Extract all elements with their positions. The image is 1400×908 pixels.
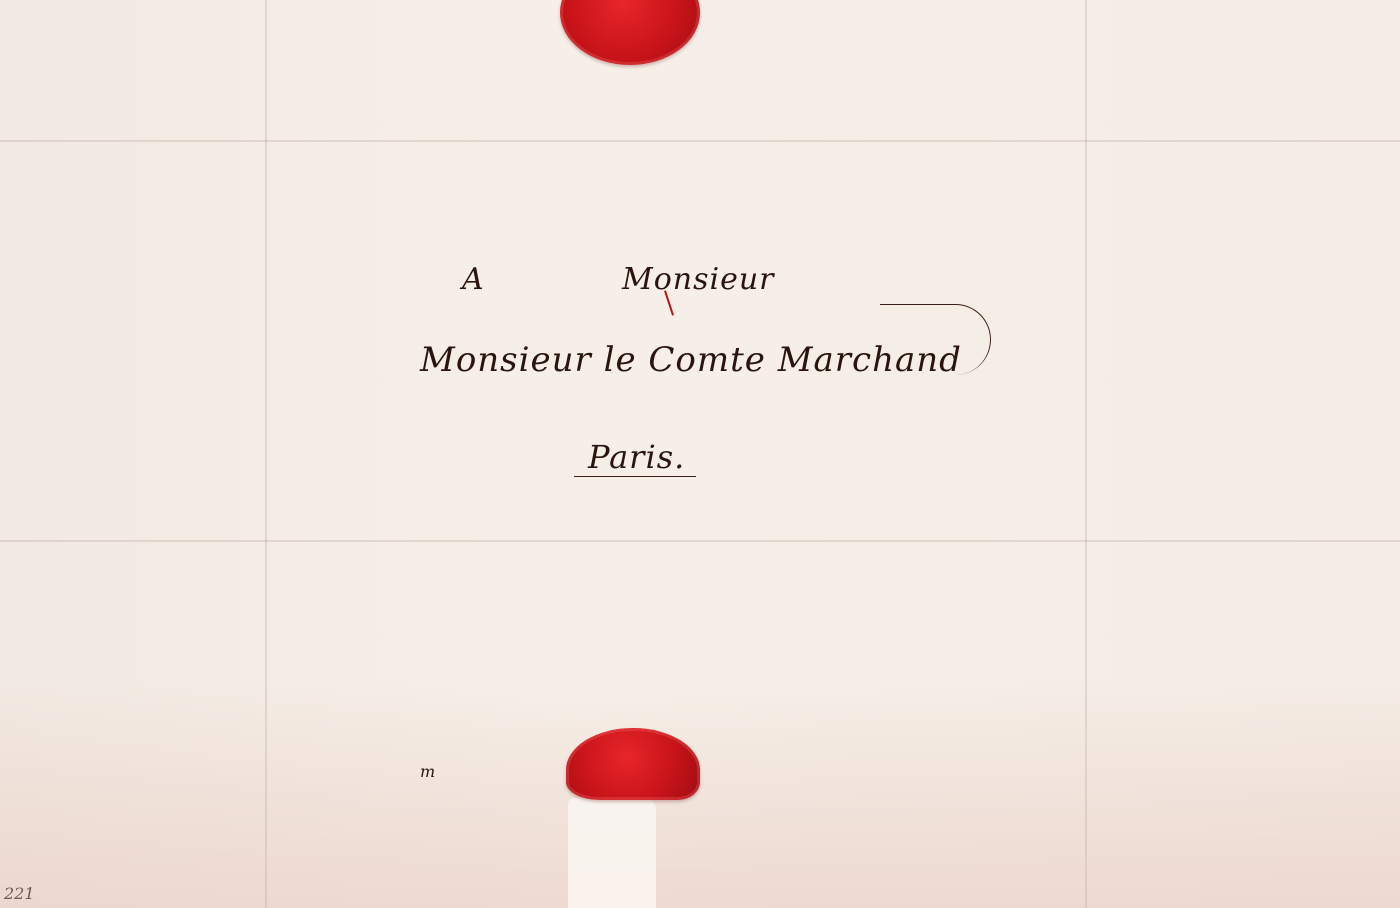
fold-line	[0, 140, 1400, 142]
torn-paper-patch	[568, 798, 656, 908]
address-title: Monsieur	[622, 262, 775, 297]
fold-line	[0, 540, 1400, 542]
corner-number: 221	[4, 884, 35, 903]
wax-seal-bottom	[566, 728, 700, 800]
pen-flourish	[880, 304, 991, 375]
city-underline	[574, 476, 696, 477]
wax-seal-top	[560, 0, 700, 65]
address-city: Paris.	[588, 438, 685, 476]
fold-line	[1085, 0, 1087, 908]
letter-sheet: A Monsieur Monsieur le Comte Marchand Pa…	[0, 0, 1400, 908]
address-salutation: A	[462, 262, 485, 297]
margin-mark: m	[420, 762, 435, 781]
fold-line	[265, 0, 267, 908]
